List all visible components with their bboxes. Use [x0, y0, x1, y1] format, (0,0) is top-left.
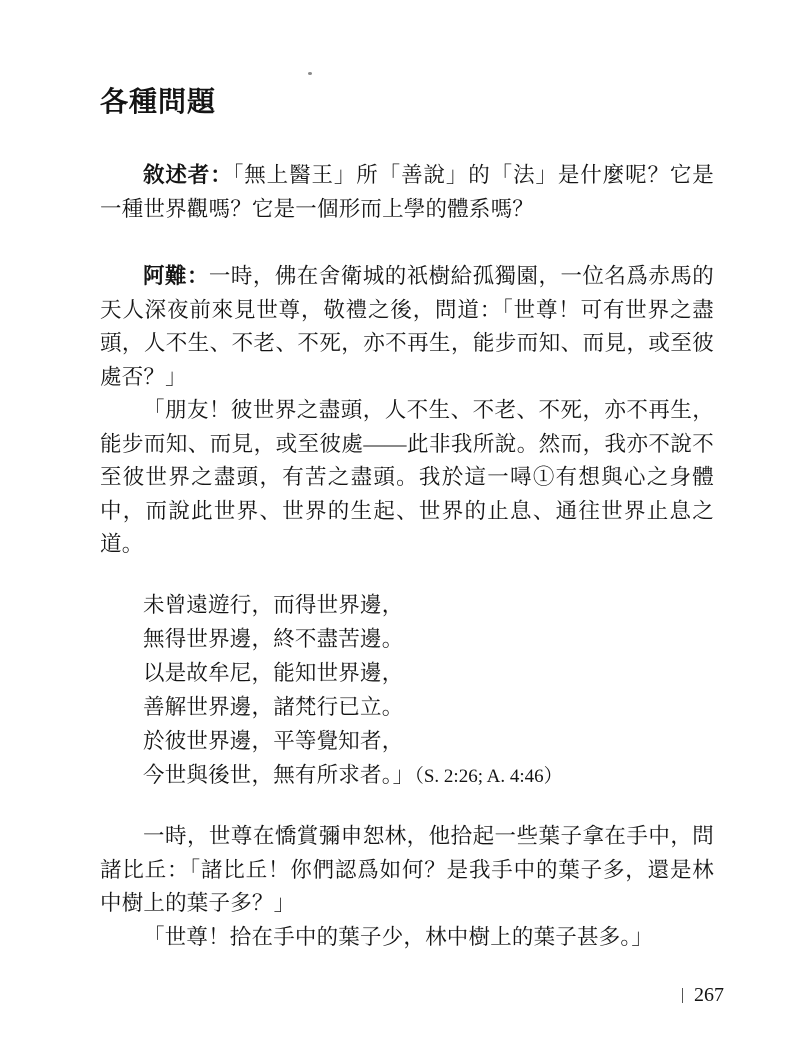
- page-number-divider: [682, 988, 684, 1003]
- text-line: 天人深夜前來見世尊，敬禮之後，問道：「世尊！可有世界之盡: [100, 294, 714, 328]
- text-line: 阿難：一時，佛在舍衛城的祇樹給孤獨園，一位名爲赤馬的: [100, 260, 714, 294]
- verse-line: 善解世界邊，諸梵行已立。: [143, 690, 714, 724]
- text-line: 能步而知、而見，或至彼處——此非我所說。然而，我亦不說不: [100, 428, 714, 462]
- text-line: 「世尊！拾在手中的葉子少，林中樹上的葉子甚多。」: [100, 921, 714, 955]
- text-segment: 一時，佛在舍衛城的祇樹給孤獨園，一位名爲赤馬的: [209, 264, 714, 288]
- paragraph-reply: 「朋友！彼世界之盡頭，人不生、不老、不死，亦不再生， 能步而知、而見，或至彼處—…: [100, 394, 714, 562]
- text-line: 頭，人不生、不老、不死，亦不再生，能步而知、而見，或至彼: [100, 327, 714, 361]
- verse-line: 無得世界邊，終不盡苦邊。: [143, 622, 714, 656]
- paragraph-answer: 「世尊！拾在手中的葉子少，林中樹上的葉子甚多。」: [100, 921, 714, 955]
- text-line: 處否？」: [100, 361, 714, 395]
- verse-line: 未曾遠遊行，而得世界邊，: [143, 588, 714, 622]
- scripture-citation: （S. 2:26; A. 4:46）: [414, 766, 562, 787]
- paragraph-narrator: 敘述者：「無上醫王」所「善說」的「法」是什麼呢？它是 一種世界觀嗎？它是一個形而…: [100, 159, 714, 226]
- speaker-label: 敘述者：: [143, 163, 233, 187]
- text-segment: 「無上醫王」所「善說」的「法」是什麼呢？它是: [233, 163, 714, 187]
- verse-line: 以是故牟尼，能知世界邊，: [143, 656, 714, 690]
- text-line: 至彼世界之盡頭，有苦之盡頭。我於這一噚①有想與心之身體: [100, 461, 714, 495]
- page-number: 267: [694, 984, 724, 1006]
- verse-block: 未曾遠遊行，而得世界邊， 無得世界邊，終不盡苦邊。 以是故牟尼，能知世界邊， 善…: [143, 588, 714, 794]
- book-page: 各種問題 敘述者：「無上醫王」所「善說」的「法」是什麼呢？它是 一種世界觀嗎？它…: [0, 0, 792, 1056]
- text-line: 道。: [100, 528, 714, 562]
- speaker-label: 阿難：: [143, 264, 209, 288]
- paragraph-ananda: 阿難：一時，佛在舍衛城的祇樹給孤獨園，一位名爲赤馬的 天人深夜前來見世尊，敬禮之…: [100, 260, 714, 394]
- text-line: 一種世界觀嗎？它是一個形而上學的體系嗎？: [100, 193, 714, 227]
- verse-text: 今世與後世，無有所求者。」: [143, 763, 414, 787]
- text-line: 諸比丘：「諸比丘！你們認爲如何？是我手中的葉子多，還是林: [100, 854, 714, 888]
- verse-line: 於彼世界邊，平等覺知者，: [143, 724, 714, 758]
- scan-speck: [308, 72, 312, 75]
- chapter-title: 各種問題: [100, 86, 216, 120]
- paragraph-leaves: 一時，世尊在憍賞彌申恕林，他拾起一些葉子拿在手中，問 諸比丘：「諸比丘！你們認爲…: [100, 820, 714, 921]
- text-line: 敘述者：「無上醫王」所「善說」的「法」是什麼呢？它是: [100, 159, 714, 193]
- verse-line: 今世與後世，無有所求者。」（S. 2:26; A. 4:46）: [143, 758, 714, 794]
- text-line: 「朋友！彼世界之盡頭，人不生、不老、不死，亦不再生，: [100, 394, 714, 428]
- text-line: 一時，世尊在憍賞彌申恕林，他拾起一些葉子拿在手中，問: [100, 820, 714, 854]
- text-line: 中，而說此世界、世界的生起、世界的止息、通往世界止息之: [100, 495, 714, 529]
- text-line: 中樹上的葉子多？」: [100, 887, 714, 921]
- page-footer: 267: [560, 984, 724, 1007]
